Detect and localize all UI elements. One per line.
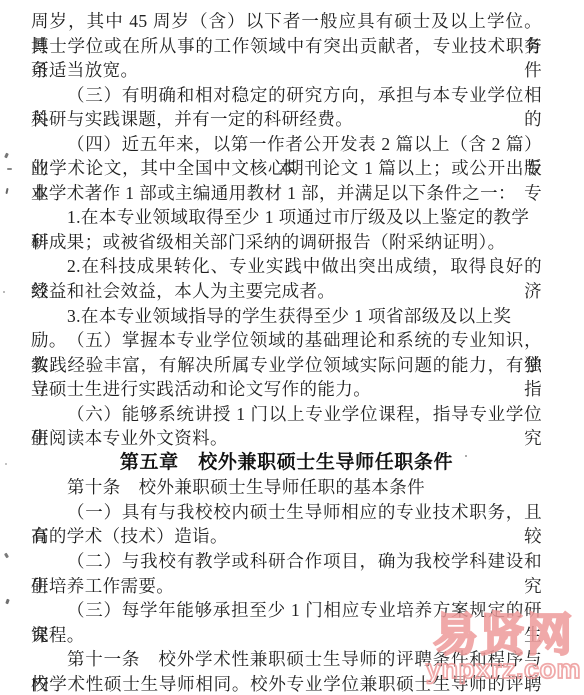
scan-artifact [5, 599, 10, 605]
text-line: 2.在科技成果转化、专业实践中做出突出成绩，取得良好的经济 [31, 254, 542, 279]
text-line: 业学术论文，其中全国中文核心期刊论文 1 篇以上；或公开出版本专 [31, 156, 542, 181]
scan-artifact [4, 553, 9, 559]
text-line: （六）能够系统讲授 1 门以上专业学位课程，指导专业学位研究 [31, 402, 542, 427]
scan-artifact [7, 168, 12, 170]
scan-artifact [465, 455, 467, 457]
text-line: 博士学位或在所从事的工作领域中有突出贡献者，专业技术职务条件 [31, 34, 542, 59]
text-line: （四）近五年来，以第一作者公开发表 2 篇以上（含 2 篇）的本专 [31, 132, 542, 157]
text-line: 研成果；或被省级相关部门采纳的调研报告（附采纳证明）。 [31, 230, 542, 255]
text-line: 1.在本专业领域取得至少 1 项通过市厅级及以上鉴定的教学科 [31, 205, 542, 230]
text-line: 周岁，其中 45 周岁（含）以下者一般应具有硕士及以上学位。具有 [31, 9, 542, 34]
scan-artifact [5, 463, 7, 465]
text-line: 实践经验丰富，有解决所属专业学位领域实际问题的能力，有独立指 [31, 353, 542, 378]
text-column: 周岁，其中 45 周岁（含）以下者一般应具有硕士及以上学位。具有 博士学位或在所… [31, 9, 542, 695]
scan-artifact [3, 291, 5, 293]
text-line: （三）每学年能够承担至少 1 门相应专业培养方案规定的研究生 [31, 598, 542, 623]
text-line: （一）具有与我校校内硕士生导师相应的专业技术职务，且有较 [31, 500, 542, 525]
text-line: 业学术著作 1 部或主编通用教材 1 部，并满足以下条件之一： [31, 181, 542, 206]
article-11-heading: 第十一条 校外学术性兼职硕士生导师的评聘条件和程序与校 [31, 647, 542, 672]
text-line: 内学术性硕士生导师相同。校外专业学位兼职硕士生导师的评聘条件 [31, 672, 542, 695]
article-10-heading: 第十条 校外兼职硕士生导师任职的基本条件 [31, 475, 542, 500]
scan-artifact [5, 188, 8, 194]
text-line: （三）有明确和相对稳定的研究方向，承担与本专业学位相关的 [31, 83, 542, 108]
text-line: （二）与我校有教学或科研合作项目，确为我校学科建设和研究 [31, 549, 542, 574]
text-line: （五）掌握本专业学位领域的基础理论和系统的专业知识，教学 [31, 328, 542, 353]
document-page: 周岁，其中 45 周岁（含）以下者一般应具有硕士及以上学位。具有 博士学位或在所… [0, 0, 584, 695]
text-line: 3.在本专业领域指导的学生获得至少 1 项省部级及以上奖励。 [31, 304, 542, 329]
scan-artifact [4, 153, 9, 159]
